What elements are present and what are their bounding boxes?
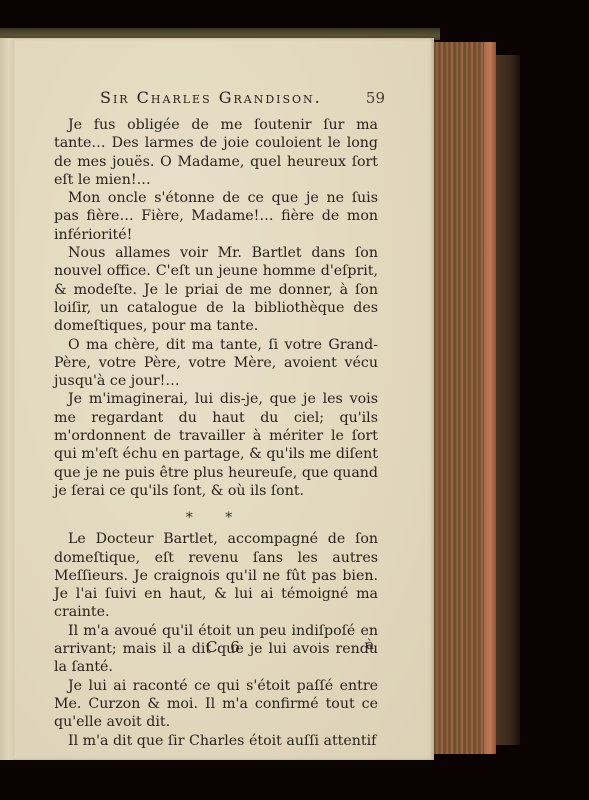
paragraph: Je lui ai raconté ce qui s'étoit paſſé e… <box>54 677 378 732</box>
signature-mark: C 6 <box>206 638 244 656</box>
paragraph: Il m'a dit que ſir Charles étoit auſſi a… <box>54 732 378 750</box>
paragraph: Le Docteur Bartlet, accompagné de ſon do… <box>54 530 378 621</box>
page-number: 59 <box>366 89 385 107</box>
paragraph: Je m'imaginerai, lui dis-je, que je les … <box>54 390 378 500</box>
running-head: Sir Charles Grandison. 59 <box>100 88 385 107</box>
section-break-asterisks: * * <box>54 500 378 530</box>
running-head-title: Sir Charles Grandison. <box>100 88 322 107</box>
book-cover-side <box>496 55 520 745</box>
page-footer: C 6 à <box>54 638 374 658</box>
paragraph: Je fus obligée de me ſoutenir ſur ma tan… <box>54 116 378 189</box>
paragraph: Mon oncle s'étonne de ce que je ne ſuis … <box>54 189 378 244</box>
catchword: à <box>366 638 374 653</box>
page-fore-edge <box>434 42 496 754</box>
paragraph: Nous allames voir Mr. Bartlet dans ſon n… <box>54 244 378 335</box>
paragraph: O ma chère, dit ma tante, ſi votre Grand… <box>54 336 378 391</box>
facing-page-edge <box>0 38 15 760</box>
